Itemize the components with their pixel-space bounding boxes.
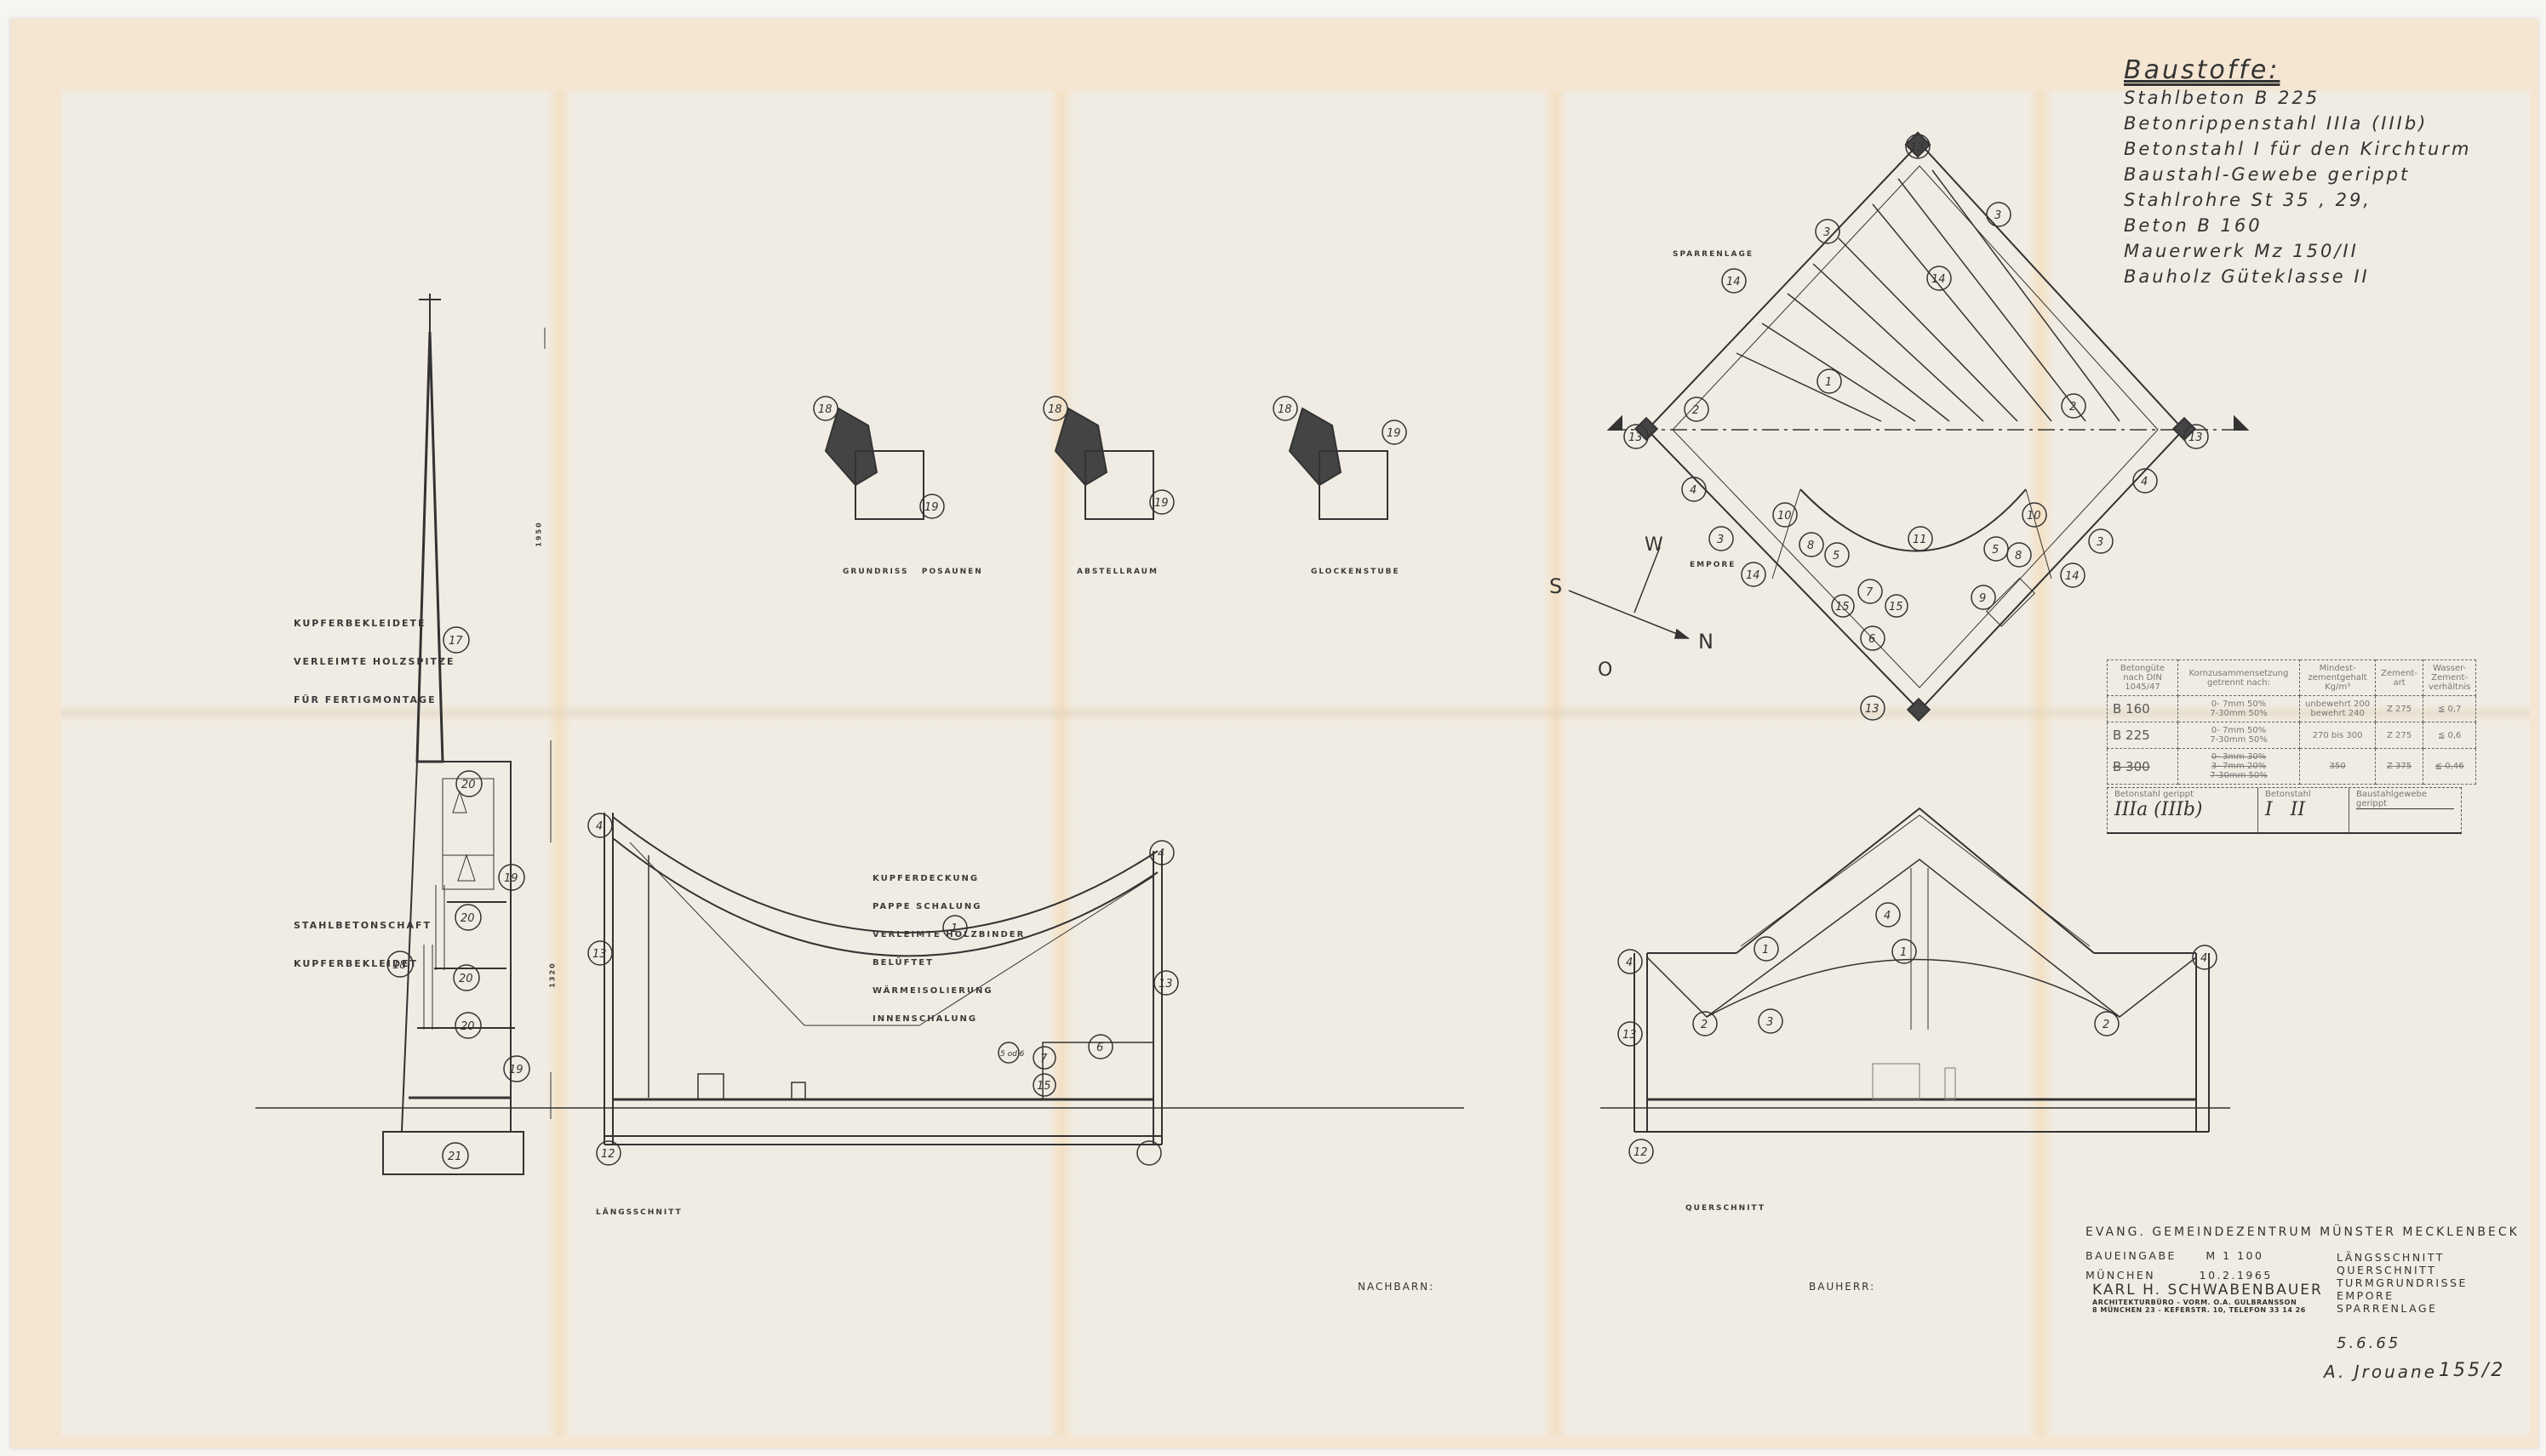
svg-text:3: 3 bbox=[2097, 536, 2103, 549]
svg-text:4: 4 bbox=[596, 820, 603, 833]
svg-text:5: 5 bbox=[1992, 544, 1999, 557]
svg-text:4: 4 bbox=[1626, 956, 1633, 969]
empore-label: EMPORE bbox=[1690, 559, 1736, 572]
svg-text:14: 14 bbox=[1931, 273, 1946, 286]
sparrenlage-label: SPARRENLAGE bbox=[1673, 248, 1754, 261]
longitudinal-section-label: LÄNGSSCHNITT bbox=[596, 1207, 683, 1219]
svg-text:15: 15 bbox=[1037, 1080, 1051, 1093]
sheet-contents: LÄNGSSCHNITT QUERSCHNITT TURMGRUNDRISSE … bbox=[2337, 1251, 2468, 1315]
tower-plan-posaunen: 18 19 bbox=[814, 397, 944, 519]
phase: BAUEINGABE bbox=[2085, 1249, 2177, 1262]
svg-text:7: 7 bbox=[1040, 1053, 1048, 1065]
svg-text:2: 2 bbox=[1692, 404, 1699, 417]
svg-text:2: 2 bbox=[2069, 401, 2076, 414]
svg-text:10: 10 bbox=[2027, 510, 2041, 522]
svg-text:13: 13 bbox=[1628, 431, 1643, 444]
owner-signature-label: BAUHERR: bbox=[1809, 1281, 1875, 1293]
svg-text:15: 15 bbox=[1889, 601, 1903, 614]
svg-text:4: 4 bbox=[1884, 910, 1891, 922]
concrete-spec-table: Betongüte nach DIN 1045/47 Kornzusammens… bbox=[2107, 659, 2476, 785]
plan-label-abstellraum: ABSTELLRAUM bbox=[1077, 566, 1159, 579]
compass-west: W bbox=[1645, 534, 1665, 556]
svg-text:3: 3 bbox=[1994, 209, 2001, 222]
svg-text:4: 4 bbox=[2200, 952, 2207, 965]
cross-section-label: QUERSCHNITT bbox=[1685, 1202, 1765, 1215]
dimension-lower: 1320 bbox=[546, 962, 559, 987]
tower-plan-glockenstube: 18 19 bbox=[1273, 397, 1406, 519]
place: MÜNCHEN bbox=[2085, 1269, 2155, 1282]
svg-text:13: 13 bbox=[1865, 703, 1879, 716]
svg-text:18: 18 bbox=[1048, 403, 1062, 416]
svg-text:1: 1 bbox=[1900, 946, 1907, 959]
materials-list: Baustoffe: Stahlbeton B 225 Betonrippens… bbox=[2124, 55, 2471, 289]
svg-text:5 od 6: 5 od 6 bbox=[1000, 1050, 1025, 1059]
sheet-number: 155/2 bbox=[2439, 1360, 2505, 1381]
svg-text:4: 4 bbox=[1690, 484, 1696, 497]
roof-construction-note: KUPFERDECKUNG PAPPE SCHALUNG VERLEIMTE H… bbox=[873, 855, 1025, 1033]
project-title: EVANG. GEMEINDEZENTRUM MÜNSTER MECKLENBE… bbox=[2085, 1225, 2520, 1239]
svg-text:14: 14 bbox=[1726, 276, 1741, 288]
svg-text:2: 2 bbox=[1701, 1019, 1708, 1031]
compass-east: O bbox=[1598, 659, 1614, 681]
bell-tower-section bbox=[383, 294, 551, 1174]
svg-text:8: 8 bbox=[1807, 540, 1814, 552]
svg-text:13: 13 bbox=[2188, 431, 2203, 444]
svg-text:3: 3 bbox=[1766, 1016, 1773, 1029]
svg-text:20: 20 bbox=[461, 779, 476, 791]
svg-text:1: 1 bbox=[1825, 376, 1832, 389]
svg-text:3: 3 bbox=[1717, 534, 1724, 546]
svg-text:13: 13 bbox=[592, 948, 607, 961]
svg-text:14: 14 bbox=[1746, 569, 1760, 582]
svg-text:13: 13 bbox=[1622, 1029, 1637, 1042]
svg-text:19: 19 bbox=[509, 1064, 524, 1076]
svg-text:12: 12 bbox=[1633, 1146, 1648, 1159]
scale: M 1 100 bbox=[2206, 1249, 2263, 1262]
svg-text:19: 19 bbox=[1387, 427, 1401, 440]
compass-rose bbox=[1569, 547, 1688, 638]
svg-text:1: 1 bbox=[1762, 944, 1769, 956]
svg-text:20: 20 bbox=[461, 912, 475, 925]
svg-text:11: 11 bbox=[1913, 534, 1927, 546]
svg-text:21: 21 bbox=[448, 1151, 462, 1163]
svg-text:10: 10 bbox=[1777, 510, 1792, 522]
svg-text:9: 9 bbox=[1979, 592, 1986, 605]
dimension-upper: 1950 bbox=[533, 521, 546, 546]
svg-text:19: 19 bbox=[1154, 497, 1169, 510]
materials-title: Baustoffe: bbox=[2124, 55, 2471, 85]
cross-section-markers: 4 4 4 1 1 2 2 3 13 12 bbox=[1618, 903, 2217, 1163]
svg-text:12: 12 bbox=[601, 1148, 615, 1161]
plan-label-posaunen: GRUNDRISS POSAUNEN bbox=[843, 566, 983, 579]
svg-text:2: 2 bbox=[2103, 1019, 2109, 1031]
svg-text:3: 3 bbox=[1823, 226, 1830, 239]
date: 10.2.1965 bbox=[2200, 1269, 2273, 1282]
svg-text:7: 7 bbox=[1866, 586, 1874, 599]
neighbors-signature-label: NACHBARN: bbox=[1358, 1281, 1434, 1293]
table-row: B 300 0- 3mm 30% 3- 7mm 20% 7-30mm 50% 3… bbox=[2108, 749, 2476, 785]
svg-text:18: 18 bbox=[1278, 403, 1292, 416]
svg-text:15: 15 bbox=[1835, 601, 1850, 614]
svg-text:20: 20 bbox=[459, 973, 473, 985]
svg-text:14: 14 bbox=[2065, 570, 2080, 583]
svg-text:13: 13 bbox=[1159, 978, 1173, 991]
title-block: EVANG. GEMEINDEZENTRUM MÜNSTER MECKLENBE… bbox=[2085, 1225, 2520, 1314]
tower-plan-abstellraum: 18 19 bbox=[1044, 397, 1174, 519]
signature: A. Jrouane bbox=[2324, 1362, 2437, 1382]
svg-text:4: 4 bbox=[1158, 848, 1164, 860]
svg-text:19: 19 bbox=[924, 501, 939, 514]
shaft-note: STAHLBETONSCHAFT KUPFERBEKLEIDET bbox=[294, 894, 432, 983]
compass-north: N bbox=[1698, 630, 1715, 654]
spire-note: KUPFERBEKLEIDETE VERLEIMTE HOLZSPITZE FÜ… bbox=[294, 591, 455, 719]
svg-text:19: 19 bbox=[504, 872, 518, 885]
table-row: B 160 0- 7mm 50% 7-30mm 50% unbewehrt 20… bbox=[2108, 696, 2476, 722]
svg-text:6: 6 bbox=[1868, 633, 1875, 646]
svg-text:20: 20 bbox=[461, 1020, 475, 1033]
svg-text:13: 13 bbox=[1910, 141, 1925, 154]
plan-label-glockenstube: GLOCKENSTUBE bbox=[1311, 566, 1400, 579]
compass-south: S bbox=[1549, 574, 1564, 598]
svg-text:8: 8 bbox=[2015, 550, 2022, 562]
svg-text:5: 5 bbox=[1833, 550, 1839, 562]
table-row: B 225 0- 7mm 50% 7-30mm 50% 270 bis 300 … bbox=[2108, 722, 2476, 749]
approval-date: 5.6.65 bbox=[2337, 1334, 2400, 1352]
svg-text:6: 6 bbox=[1096, 1042, 1103, 1054]
svg-text:4: 4 bbox=[2141, 476, 2148, 488]
cross-section bbox=[1634, 808, 2209, 1132]
svg-text:18: 18 bbox=[818, 403, 832, 416]
steel-spec-table: Betonstahl gerippt IIIa (IIIb) Betonstah… bbox=[2107, 787, 2462, 834]
